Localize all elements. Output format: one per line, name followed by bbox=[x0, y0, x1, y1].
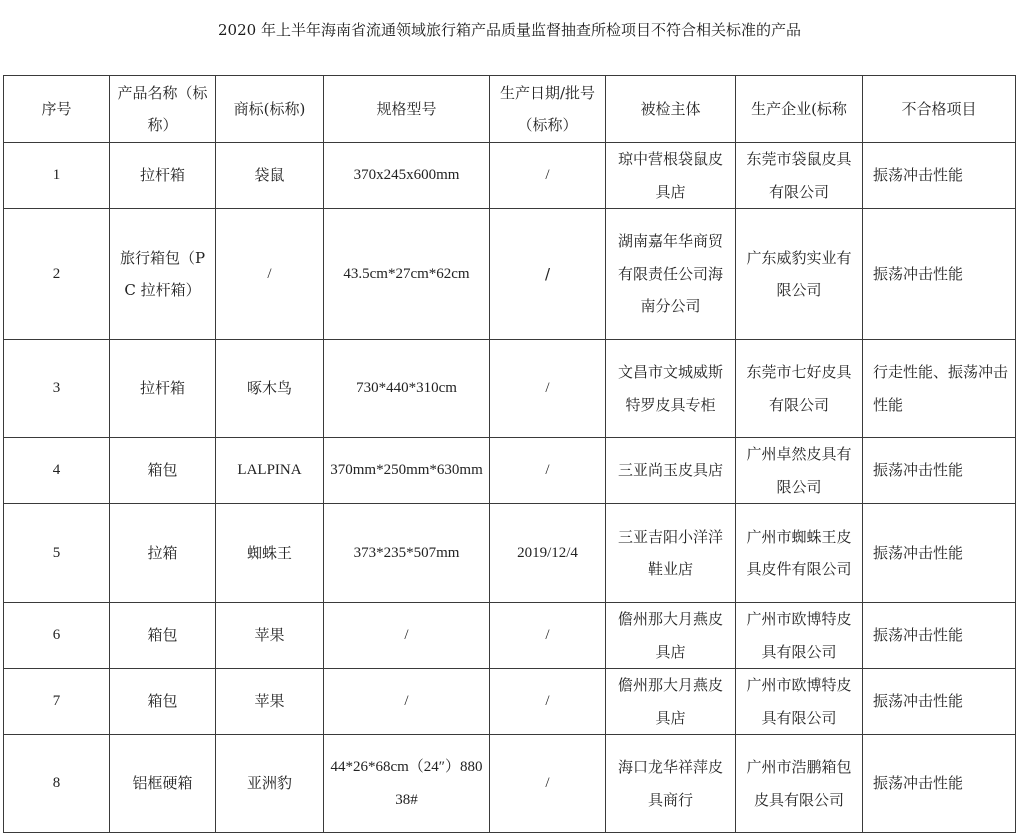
cell-brand: 蜘蛛王 bbox=[216, 504, 324, 603]
header-production-date-batch: 生产日期/批号（标称） bbox=[490, 76, 606, 143]
cell-brand: / bbox=[216, 209, 324, 340]
cell-brand: LALPINA bbox=[216, 438, 324, 504]
header-product-name: 产品名称（标称） bbox=[110, 76, 216, 143]
cell-inspected-entity: 湖南嘉年华商贸有限责任公司海南分公司 bbox=[606, 209, 736, 340]
cell-serial-no: 4 bbox=[4, 438, 110, 504]
cell-product-name: 箱包 bbox=[110, 603, 216, 669]
cell-manufacturer: 广东威豹实业有限公司 bbox=[736, 209, 863, 340]
cell-failed-items: 振荡冲击性能 bbox=[863, 504, 1016, 603]
cell-manufacturer: 广州市蜘蛛王皮具皮件有限公司 bbox=[736, 504, 863, 603]
cell-serial-no: 2 bbox=[4, 209, 110, 340]
cell-product-name: 拉杆箱 bbox=[110, 143, 216, 209]
table-row: 5 拉箱 蜘蛛王 373*235*507mm 2019/12/4 三亚吉阳小洋洋… bbox=[4, 504, 1016, 603]
cell-brand: 袋鼠 bbox=[216, 143, 324, 209]
cell-brand: 苹果 bbox=[216, 603, 324, 669]
nonconforming-products-table: 序号 产品名称（标称） 商标(标称) 规格型号 生产日期/批号（标称） 被检主体… bbox=[3, 75, 1016, 833]
table-row: 6 箱包 苹果 / / 儋州那大月燕皮具店 广州市欧博特皮具有限公司 振荡冲击性… bbox=[4, 603, 1016, 669]
cell-product-name: 拉箱 bbox=[110, 504, 216, 603]
header-serial-no: 序号 bbox=[4, 76, 110, 143]
cell-failed-items: 振荡冲击性能 bbox=[863, 209, 1016, 340]
header-manufacturer: 生产企业(标称 bbox=[736, 76, 863, 143]
cell-inspected-entity: 三亚吉阳小洋洋鞋业店 bbox=[606, 504, 736, 603]
cell-production-date: / bbox=[490, 209, 606, 340]
cell-failed-items: 振荡冲击性能 bbox=[863, 669, 1016, 735]
table-row: 3 拉杆箱 啄木鸟 730*440*310cm / 文昌市文城威斯特罗皮具专柜 … bbox=[4, 340, 1016, 438]
document-title: 2020 年上半年海南省流通领域旅行箱产品质量监督抽查所检项目不符合相关标准的产… bbox=[0, 19, 1019, 41]
cell-production-date: / bbox=[490, 603, 606, 669]
cell-spec-model: 44*26*68cm（24″）88038# bbox=[324, 735, 490, 833]
cell-manufacturer: 广州市浩鹏箱包皮具有限公司 bbox=[736, 735, 863, 833]
cell-product-name: 箱包 bbox=[110, 438, 216, 504]
cell-production-date: 2019/12/4 bbox=[490, 504, 606, 603]
cell-failed-items: 振荡冲击性能 bbox=[863, 603, 1016, 669]
table-row: 7 箱包 苹果 / / 儋州那大月燕皮具店 广州市欧博特皮具有限公司 振荡冲击性… bbox=[4, 669, 1016, 735]
table-row: 8 铝框硬箱 亚洲豹 44*26*68cm（24″）88038# / 海口龙华祥… bbox=[4, 735, 1016, 833]
cell-failed-items: 振荡冲击性能 bbox=[863, 143, 1016, 209]
cell-production-date: / bbox=[490, 735, 606, 833]
cell-spec-model: 730*440*310cm bbox=[324, 340, 490, 438]
cell-production-date: / bbox=[490, 340, 606, 438]
cell-product-name: 旅行箱包（PC 拉杆箱） bbox=[110, 209, 216, 340]
cell-brand: 苹果 bbox=[216, 669, 324, 735]
table-row: 2 旅行箱包（PC 拉杆箱） / 43.5cm*27cm*62cm / 湖南嘉年… bbox=[4, 209, 1016, 340]
table-header-row: 序号 产品名称（标称） 商标(标称) 规格型号 生产日期/批号（标称） 被检主体… bbox=[4, 76, 1016, 143]
cell-inspected-entity: 儋州那大月燕皮具店 bbox=[606, 603, 736, 669]
cell-inspected-entity: 文昌市文城威斯特罗皮具专柜 bbox=[606, 340, 736, 438]
cell-failed-items: 行走性能、振荡冲击性能 bbox=[863, 340, 1016, 438]
cell-serial-no: 1 bbox=[4, 143, 110, 209]
cell-manufacturer: 东莞市袋鼠皮具有限公司 bbox=[736, 143, 863, 209]
table-row: 1 拉杆箱 袋鼠 370x245x600mm / 琼中营根袋鼠皮具店 东莞市袋鼠… bbox=[4, 143, 1016, 209]
header-brand: 商标(标称) bbox=[216, 76, 324, 143]
cell-spec-model: / bbox=[324, 669, 490, 735]
cell-brand: 啄木鸟 bbox=[216, 340, 324, 438]
cell-product-name: 箱包 bbox=[110, 669, 216, 735]
cell-failed-items: 振荡冲击性能 bbox=[863, 735, 1016, 833]
cell-brand: 亚洲豹 bbox=[216, 735, 324, 833]
cell-serial-no: 5 bbox=[4, 504, 110, 603]
cell-serial-no: 3 bbox=[4, 340, 110, 438]
cell-product-name: 铝框硬箱 bbox=[110, 735, 216, 833]
cell-serial-no: 6 bbox=[4, 603, 110, 669]
cell-inspected-entity: 海口龙华祥萍皮具商行 bbox=[606, 735, 736, 833]
cell-serial-no: 8 bbox=[4, 735, 110, 833]
cell-spec-model: 43.5cm*27cm*62cm bbox=[324, 209, 490, 340]
cell-spec-model: 373*235*507mm bbox=[324, 504, 490, 603]
cell-manufacturer: 广州市欧博特皮具有限公司 bbox=[736, 603, 863, 669]
cell-production-date: / bbox=[490, 438, 606, 504]
cell-failed-items: 振荡冲击性能 bbox=[863, 438, 1016, 504]
cell-spec-model: / bbox=[324, 603, 490, 669]
cell-production-date: / bbox=[490, 143, 606, 209]
cell-production-date: / bbox=[490, 669, 606, 735]
cell-product-name: 拉杆箱 bbox=[110, 340, 216, 438]
table-row: 4 箱包 LALPINA 370mm*250mm*630mm / 三亚尚玉皮具店… bbox=[4, 438, 1016, 504]
header-spec-model: 规格型号 bbox=[324, 76, 490, 143]
cell-inspected-entity: 儋州那大月燕皮具店 bbox=[606, 669, 736, 735]
header-inspected-entity: 被检主体 bbox=[606, 76, 736, 143]
cell-inspected-entity: 琼中营根袋鼠皮具店 bbox=[606, 143, 736, 209]
cell-spec-model: 370x245x600mm bbox=[324, 143, 490, 209]
cell-manufacturer: 广州市欧博特皮具有限公司 bbox=[736, 669, 863, 735]
cell-manufacturer: 广州卓然皮具有限公司 bbox=[736, 438, 863, 504]
cell-manufacturer: 东莞市七好皮具有限公司 bbox=[736, 340, 863, 438]
cell-spec-model: 370mm*250mm*630mm bbox=[324, 438, 490, 504]
header-failed-items: 不合格项目 bbox=[863, 76, 1016, 143]
cell-serial-no: 7 bbox=[4, 669, 110, 735]
cell-inspected-entity: 三亚尚玉皮具店 bbox=[606, 438, 736, 504]
